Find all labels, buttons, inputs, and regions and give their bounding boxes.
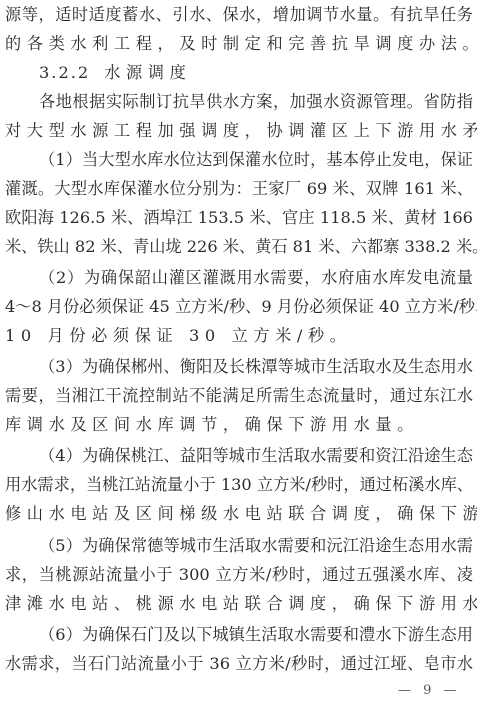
item-3-line: （3）为确保郴州、衡阳及长株潭等城市生活取水及生态用水: [5, 352, 473, 381]
item-2-line: （2）为确保韶山灌区灌溉用水需要，水府庙水库发电流量: [5, 263, 473, 292]
item-5-line: 津滩水电站、桃源水电站联合调度，确保下游用水量。: [5, 589, 473, 618]
page-number: — 9 —: [398, 683, 461, 699]
item-6-line: （6）为确保石门及以下城镇生活取水需要和澧水下游生态用: [5, 620, 473, 649]
item-5-line: 求，当桃源站流量小于 300 立方米/秒时，通过五强溪水库、凌: [5, 560, 473, 589]
paragraph-intro-line: 各地根据实际制订抗旱供水方案，加强水资源管理。省防指: [5, 87, 473, 116]
section-number: 3.2.2: [39, 63, 90, 82]
paragraph-intro-line: 对大型水源工程加强调度，协调灌区上下游用水矛盾。: [5, 116, 473, 145]
item-4-line: 用水需求，当桃江站流量小于 130 立方米/秒时，通过柘溪水库、: [5, 470, 473, 499]
item-3-line: 需要，当湘江干流控制站不能满足所需生态流量时，通过东江水: [5, 381, 473, 410]
item-2-line: 10 月份必须保证 30 立方米/秒。: [5, 321, 473, 350]
item-1-line: 米、铁山 82 米、青山垅 226 米、黄石 81 米、六都寨 338.2 米。: [5, 232, 473, 261]
item-1-line: 灌溉。大型水库保灌水位分别为：王家厂 69 米、双牌 161 米、: [5, 174, 473, 203]
section-heading: 3.2.2水源调度: [39, 58, 191, 87]
section-title: 水源调度: [104, 63, 191, 82]
item-4-line: （4）为确保桃江、益阳等城市生活取水需要和资江沿途生态: [5, 441, 473, 470]
item-1-line: （1）当大型水库水位达到保灌水位时，基本停止发电，保证: [5, 145, 473, 174]
item-4-line: 修山水电站及区间梯级水电站联合调度，确保下游用水量。: [5, 499, 473, 528]
item-5-line: （5）为确保常德等城市生活取水需要和沅江沿途生态用水需: [5, 531, 473, 560]
item-1-line: 欧阳海 126.5 米、酒埠江 153.5 米、官庄 118.5 米、黄材 16…: [5, 203, 473, 232]
item-6-line: 水需求，当石门站流量小于 36 立方米/秒时，通过江垭、皂市水: [5, 649, 473, 678]
text-line: 源等，适时适度蓄水、引水、保水，增加调节水量。有抗旱任务: [5, 0, 473, 29]
item-2-line: 4～8 月份必须保证 45 立方米/秒、9 月份必须保证 40 立方米/秒、: [5, 292, 473, 321]
text-line: 的各类水利工程，及时制定和完善抗旱调度办法。: [5, 29, 473, 58]
item-3-line: 库调水及区间水库调节，确保下游用水量。: [5, 410, 473, 439]
